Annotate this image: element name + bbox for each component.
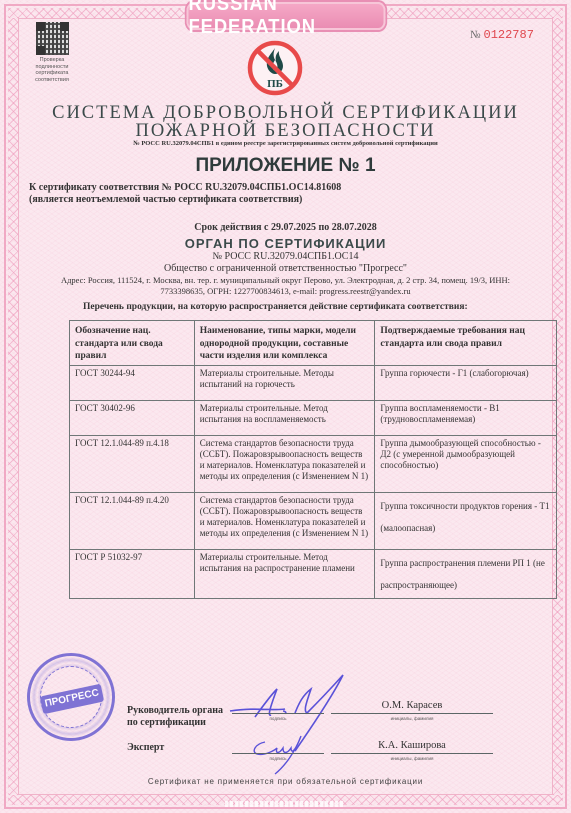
- integral-part-note: (является неотъемлемой частью сертификат…: [29, 194, 302, 205]
- table-row: ГОСТ 12.1.044-89 п.4.18 Система стандарт…: [70, 435, 557, 492]
- cell-standard: ГОСТ 12.1.044-89 п.4.20: [70, 492, 195, 549]
- fire-safety-emblem-icon: ПБ: [247, 40, 303, 96]
- qr-caption-line: соответствия: [30, 77, 74, 84]
- certification-body-registration: № РОСС RU.32079.04СПБ1.ОС14: [0, 251, 571, 262]
- system-registry: № РОСС RU.32079.04СПБ1 в едином реестре …: [0, 140, 571, 147]
- cell-requirement: Группа воспламеняемости - В1 (трудновосп…: [375, 400, 557, 435]
- cell-standard: ГОСТ Р 51032-97: [70, 549, 195, 598]
- table-row: ГОСТ Р 51032-97 Материалы строительные. …: [70, 549, 557, 598]
- country-banner: RUSSIAN FEDERATION: [187, 2, 386, 30]
- blank-form-code: [225, 801, 345, 807]
- head-role: Руководитель органа по сертификации: [127, 705, 223, 729]
- table-row: ГОСТ 30244-94 Материалы строительные. Ме…: [70, 365, 557, 400]
- expert-signature-icon: [245, 730, 315, 778]
- head-name: О.М. Карасев: [331, 700, 493, 711]
- cell-standard: ГОСТ 30402-96: [70, 400, 195, 435]
- expert-signature-line: [232, 753, 324, 754]
- address-line: Адрес: Россия, 111524, г. Москва, вн. те…: [40, 275, 531, 286]
- certificate-reference: К сертификату соответствия № РОСС RU.320…: [29, 182, 341, 193]
- system-title-line2: ПОЖАРНОЙ БЕЗОПАСНОСТИ: [0, 121, 571, 142]
- signature-caption: подпись: [232, 716, 324, 721]
- name-caption: инициалы, фамилия: [331, 756, 493, 761]
- column-header-standard: Обозначение нац. стандарта или свода пра…: [70, 321, 195, 366]
- requirement-text: Группа распространения племени РП 1 (не …: [380, 552, 551, 596]
- cell-requirement: Группа дымообразующей способностью - Д2 …: [375, 435, 557, 492]
- cell-requirement: Группа токсичности продуктов горения - Т…: [375, 492, 557, 549]
- qr-code-icon[interactable]: [36, 22, 69, 55]
- certification-body-organization: Общество с ограниченной ответственностью…: [0, 263, 571, 274]
- cell-product-name: Материалы строительные. Метод испытания …: [194, 400, 375, 435]
- expert-name: К.А. Каширова: [331, 740, 493, 751]
- expert-name-line: [331, 753, 493, 754]
- head-role-line: Руководитель органа: [127, 705, 223, 717]
- cell-product-name: Система стандартов безопасности труда (С…: [194, 492, 375, 549]
- product-list-intro: Перечень продукции, на которую распростр…: [83, 302, 468, 312]
- qr-verification[interactable]: Проверка подлинности сертификата соответ…: [30, 22, 74, 83]
- qr-caption: Проверка подлинности сертификата соответ…: [30, 57, 74, 83]
- official-stamp: ПРОГРЕСС: [27, 653, 115, 741]
- cell-standard: ГОСТ 30244-94: [70, 365, 195, 400]
- cell-product-name: Материалы строительные. Метод испытания …: [194, 549, 375, 598]
- address-line: 7733398635, ОГРН: 1227700834613, e-mail:…: [40, 286, 531, 297]
- serial-value: 0122787: [484, 28, 534, 42]
- cell-product-name: Система стандартов безопасности труда (С…: [194, 435, 375, 492]
- expert-role: Эксперт: [127, 742, 164, 754]
- name-caption: инициалы, фамилия: [331, 716, 493, 721]
- column-header-requirements: Подтверждаемые требования нац стандарта …: [375, 321, 557, 366]
- qr-caption-line: сертификата: [30, 70, 74, 77]
- cell-product-name: Материалы строительные. Методы испытаний…: [194, 365, 375, 400]
- certification-body-title: ОРГАН ПО СЕРТИФИКАЦИИ: [0, 236, 571, 251]
- validity-period: Срок действия с 29.07.2025 по 28.07.2028: [0, 222, 571, 233]
- footer-note: Сертификат не применяется при обязательн…: [0, 777, 571, 786]
- certificate-page: RUSSIAN FEDERATION Проверка подлинности …: [0, 0, 571, 813]
- table-header-row: Обозначение нац. стандарта или свода пра…: [70, 321, 557, 366]
- signature-caption: подпись: [232, 756, 324, 761]
- certification-body-address: Адрес: Россия, 111524, г. Москва, вн. те…: [40, 275, 531, 296]
- cell-standard: ГОСТ 12.1.044-89 п.4.18: [70, 435, 195, 492]
- annex-title: ПРИЛОЖЕНИЕ № 1: [0, 155, 571, 177]
- products-table: Обозначение нац. стандарта или свода пра…: [69, 320, 557, 599]
- cell-requirement: Группа горючести - Г1 (слабогорючая): [375, 365, 557, 400]
- head-signature-line: [232, 713, 324, 714]
- column-header-product-name: Наименование, типы марки, модели однород…: [194, 321, 375, 366]
- requirement-text: Группа токсичности продуктов горения - Т…: [380, 495, 551, 539]
- cell-requirement: Группа распространения племени РП 1 (не …: [375, 549, 557, 598]
- head-role-line: по сертификации: [127, 717, 223, 729]
- table-row: ГОСТ 30402-96 Материалы строительные. Ме…: [70, 400, 557, 435]
- certificate-serial-number: №0122787: [470, 28, 534, 42]
- svg-text:ПБ: ПБ: [267, 78, 283, 90]
- table-row: ГОСТ 12.1.044-89 п.4.20 Система стандарт…: [70, 492, 557, 549]
- number-sign: №: [470, 29, 481, 41]
- head-name-line: [331, 713, 493, 714]
